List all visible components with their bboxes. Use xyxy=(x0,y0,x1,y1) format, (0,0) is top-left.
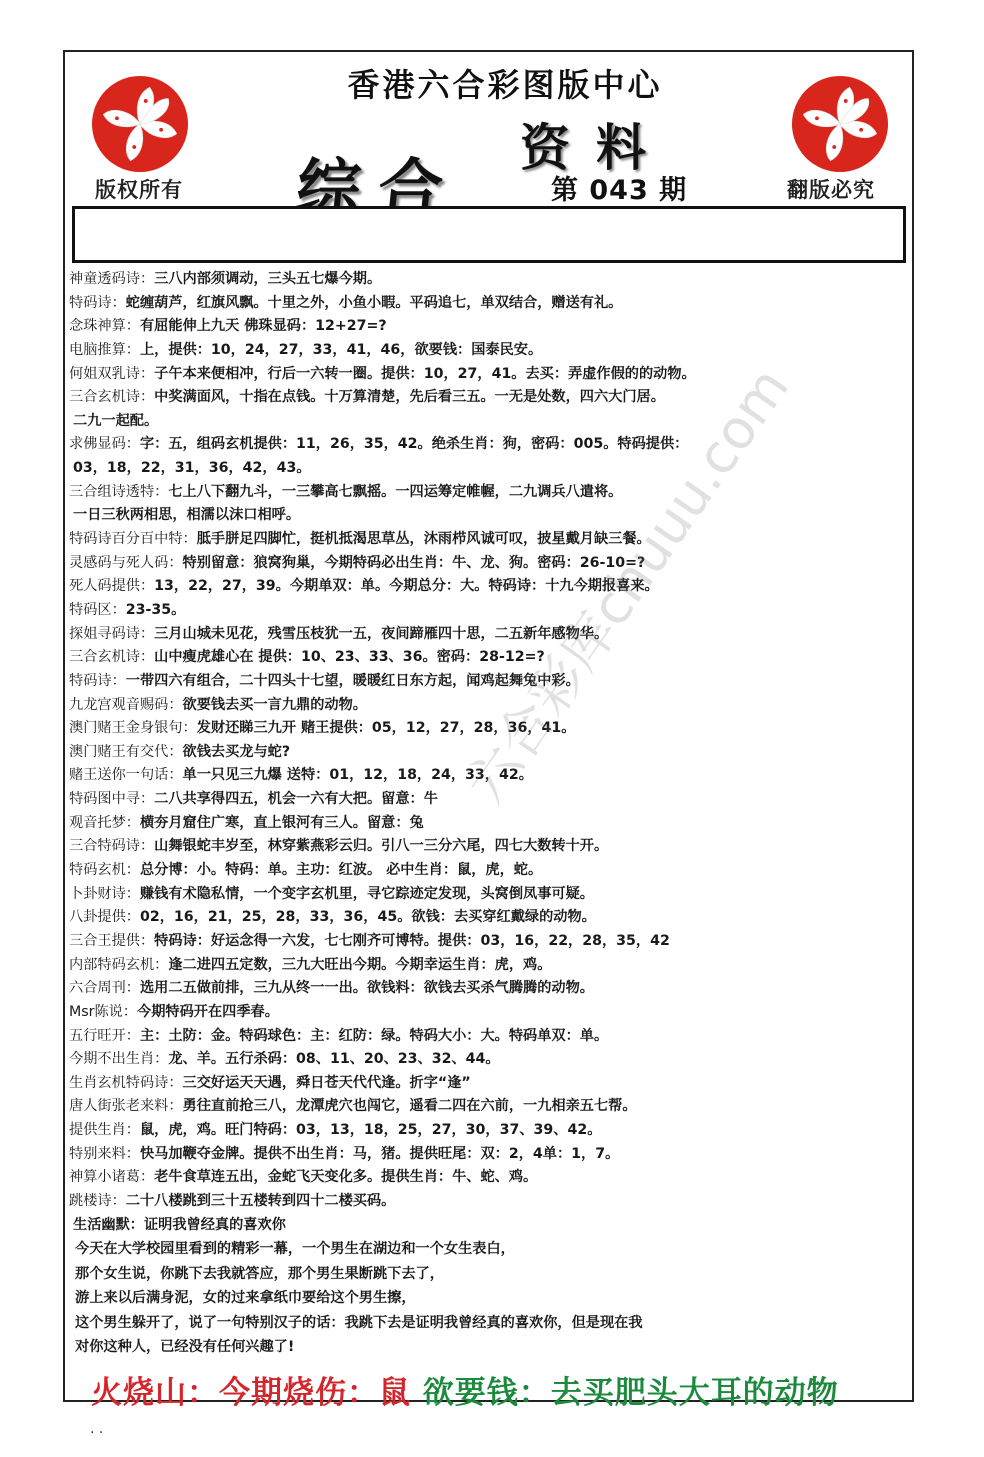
line-text: 三八内部须调动，三头五七爆今期。 xyxy=(154,271,381,287)
line-text: 二八共享得四五，机会一六有大把。留意：牛 xyxy=(154,791,438,807)
content-line: 二九一起配。 xyxy=(69,410,909,434)
line-text: 13，22，27，39。今期单双：单。今期总分：大。特码诗：十九今期报喜来。 xyxy=(154,578,659,594)
line-label: 探姐寻码诗： xyxy=(69,626,154,642)
document-frame: 香港六合彩图版中心 资料 综合 第 043 期 版权所有 翻版必究 神童透码诗：… xyxy=(63,50,914,1402)
line-text: 特码诗：好运念得一六发，七七刚齐可博特。提供：03，16，22，28，35，42 xyxy=(154,933,670,949)
line-text: 选用二五做前排，三九从终一一出。欲钱料：欲钱去买杀气腾腾的动物。 xyxy=(140,980,594,996)
line-label: 灵感码与死人码： xyxy=(69,555,183,571)
content-line: 三合组诗透特：七上八下翻九斗，一三攀高七飘摇。一四运筹定帷幄，二九调兵八遣将。 xyxy=(69,481,909,505)
content-line: 三合特码诗：山舞银蛇丰岁至，林穿紫燕彩云归。引八一三分六尾，四七大数转十开。 xyxy=(69,835,909,859)
bauhinia-flag-icon xyxy=(92,76,188,172)
copyright-label: 版权所有 xyxy=(95,174,183,204)
humor-title: 生活幽默：证明我曾经真的喜欢你 xyxy=(69,1214,909,1238)
line-text: 一日三秋两相思，相濡以沫口相呼。 xyxy=(73,507,300,523)
line-label: 三合玄机诗： xyxy=(69,649,154,665)
line-label: 念珠神算： xyxy=(69,318,140,334)
content-line: 电脑推算：上，提供：10，24，27，33，41，46，欲要钱：国泰民安。 xyxy=(69,339,909,363)
line-label: 三合玄机诗： xyxy=(69,389,154,405)
content-line: 赌王送你一句话：单一只见三九爆 送特：01，12，18，24，33，42。 xyxy=(69,764,909,788)
content-line: 三合玄机诗：山中瘦虎雄心在 提供：10、23、33、36。密码：28-12=? xyxy=(69,646,909,670)
line-label: 神算小诸葛： xyxy=(69,1169,154,1185)
line-label: 特码诗百分百中特： xyxy=(69,531,197,547)
piracy-warning-label: 翻版必究 xyxy=(787,174,875,204)
line-label: 三合特码诗： xyxy=(69,838,154,854)
content-line: 特码玄机：总分博：小。特码：单。主功：红波。 必中生肖：鼠，虎，蛇。 xyxy=(69,859,909,883)
line-text: 欲要钱去买一言九鼎的动物。 xyxy=(183,697,367,713)
content-line: 三合玄机诗：中奖满面风，十指在点钱。十万算清楚，先后看三五。一无是处数，四六大门… xyxy=(69,386,909,410)
line-label: 观音托梦： xyxy=(69,815,140,831)
content-lines: 神童透码诗：三八内部须调动，三头五七爆今期。特码诗：蛇缠葫芦，红旗风飘。十里之外… xyxy=(69,268,909,1360)
line-label: 三合组诗透特： xyxy=(69,484,168,500)
line-text: 总分博：小。特码：单。主功：红波。 必中生肖：鼠，虎，蛇。 xyxy=(140,862,542,878)
line-label: 特码诗： xyxy=(69,673,126,689)
bauhinia-flag-icon xyxy=(792,76,888,172)
line-label: 特码玄机： xyxy=(69,862,140,878)
line-text: 蛇缠葫芦，红旗风飘。十里之外，小鱼小暇。平码追七，单双结合，赠送有礼。 xyxy=(126,295,623,311)
content-line: 何姐双乳诗：子午本来便相冲，行后一六转一圈。提供：10，27，41。去买：弄虚作… xyxy=(69,363,909,387)
line-label: 唐人街张老来料： xyxy=(69,1098,183,1114)
content-line: 神算小诸葛：老牛食草连五出，金蛇飞天变化多。提供生肖：牛、蛇、鸡。 xyxy=(69,1166,909,1190)
content-line: 特码诗：一带四六有组合，二十四头十七望，暖暖红日东方起，闻鸡起舞兔中彩。 xyxy=(69,670,909,694)
line-label: 死人码提供： xyxy=(69,578,154,594)
line-text: 三交好运天天遇，舜日苍天代代逢。折字“逢” xyxy=(183,1075,471,1091)
line-text: 字：五，组码玄机提供：11，26，35，42。绝杀生肖：狗，密码：005。特码提… xyxy=(140,436,688,452)
content-line: 六合周刊：选用二五做前排，三九从终一一出。欲钱料：欲钱去买杀气腾腾的动物。 xyxy=(69,977,909,1001)
line-text: 主：土防：金。特码球色：主：红防：绿。特码大小：大。特码单双：单。 xyxy=(140,1028,608,1044)
content-line: 灵感码与死人码：特别留意：狼窝狗巢，今期特码必出生肖：牛、龙、狗。密码：26-1… xyxy=(69,552,909,576)
content-line: 特码诗百分百中特：胝手胼足四脚忙，挺机抵渴思草丛，沐雨栉风诚可叹，披星戴月缺三餐… xyxy=(69,528,909,552)
content-line: 死人码提供：13，22，27，39。今期单双：单。今期总分：大。特码诗：十九今期… xyxy=(69,575,909,599)
humor-paragraph: 对你这种人，已经没有任何兴趣了! xyxy=(69,1335,909,1360)
line-text: 特别留意：狼窝狗巢，今期特码必出生肖：牛、龙、狗。密码：26-10=? xyxy=(183,555,646,571)
line-text: 山舞银蛇丰岁至，林穿紫燕彩云归。引八一三分六尾，四七大数转十开。 xyxy=(154,838,608,854)
humor-paragraph: 这个男生躲开了，说了一句特别汉子的话：我跳下去是证明我曾经真的喜欢你，但是现在我 xyxy=(69,1311,909,1336)
content-line: 澳门赌王金身银句：发财还睇三九开 赌王提供：05，12，27，28，36，41。 xyxy=(69,717,909,741)
line-label: 提供生肖： xyxy=(69,1122,140,1138)
line-label: 澳门赌王金身银句： xyxy=(69,720,197,736)
line-text: 单一只见三九爆 送特：01，12，18，24，33，42。 xyxy=(183,767,533,783)
line-label: 六合周刊： xyxy=(69,980,140,996)
content-line: 跳楼诗：二十八楼跳到三十五楼转到四十二楼买码。 xyxy=(69,1190,909,1214)
line-text: 中奖满面风，十指在点钱。十万算清楚，先后看三五。一无是处数，四六大门居。 xyxy=(154,389,665,405)
line-text: 欲钱去买龙与蛇? xyxy=(183,744,291,760)
line-text: 老牛食草连五出，金蛇飞天变化多。提供生肖：牛、蛇、鸡。 xyxy=(154,1169,537,1185)
footer-dots: · · xyxy=(90,1425,103,1441)
content-line: 神童透码诗：三八内部须调动，三头五七爆今期。 xyxy=(69,268,909,292)
content-line: 澳门赌王有交代：欲钱去买龙与蛇? xyxy=(69,741,909,765)
content-line: 内部特码玄机：逢二进四五定数，三九大旺出今期。今期幸运生肖：虎，鸡。 xyxy=(69,954,909,978)
line-label: 特别来料： xyxy=(69,1146,140,1162)
content-line: 念珠神算：有屈能伸上九天 佛珠显码：12+27=? xyxy=(69,315,909,339)
line-text: 勇往直前抢三八，龙潭虎穴也闯它，遥看二四在六前，一九相亲五七帮。 xyxy=(183,1098,637,1114)
line-text: 03，18，22，31，36，42，43。 xyxy=(73,460,311,476)
line-label: 三合王提供： xyxy=(69,933,154,949)
line-text: 逢二进四五定数，三九大旺出今期。今期幸运生肖：虎，鸡。 xyxy=(168,957,551,973)
line-label: 生肖玄机特码诗： xyxy=(69,1075,183,1091)
line-text: 三月山城未见花，残雪压枝犹一五，夜间蹄雁四十思，二五新年感物华。 xyxy=(154,626,608,642)
line-text: 02，16，21，25，28，33，36，45。欲钱：去买穿红戴绿的动物。 xyxy=(140,909,596,925)
content-line: 三合王提供：特码诗：好运念得一六发，七七刚齐可博特。提供：03，16，22，28… xyxy=(69,930,909,954)
line-text: 赚钱有术隐私情，一个变字玄机里，寻它踪迹定发现，头窝倒凤事可疑。 xyxy=(140,886,594,902)
line-text: 二十八楼跳到三十五楼转到四十二楼买码。 xyxy=(126,1193,396,1209)
humor-paragraph: 那个女生说，你跳下去我就答应，那个男生果断跳下去了， xyxy=(69,1262,909,1287)
humor-paragraph: 游上来以后满身泥，女的过来拿纸巾要给这个男生擦， xyxy=(69,1286,909,1311)
line-text: 发财还睇三九开 赌王提供：05，12，27，28，36，41。 xyxy=(197,720,576,736)
line-label: 内部特码玄机： xyxy=(69,957,168,973)
content-line: 求佛显码：字：五，组码玄机提供：11，26，35，42。绝杀生肖：狗，密码：00… xyxy=(69,433,909,457)
content-line: 特码诗：蛇缠葫芦，红旗风飘。十里之外，小鱼小暇。平码追七，单双结合，赠送有礼。 xyxy=(69,292,909,316)
line-text: 今期特码开在四季春。 xyxy=(137,1004,279,1020)
content-line: 03，18，22，31，36，42，43。 xyxy=(69,457,909,481)
line-label: 求佛显码： xyxy=(69,436,140,452)
content-line: 探姐寻码诗：三月山城未见花，残雪压枝犹一五，夜间蹄雁四十思，二五新年感物华。 xyxy=(69,623,909,647)
humor-label: 生活幽默： xyxy=(73,1217,144,1233)
line-label: Msr陈说： xyxy=(69,1004,137,1020)
line-label: 跳楼诗： xyxy=(69,1193,126,1209)
content-line: 八卦提供：02，16，21，25，28，33，36，45。欲钱：去买穿红戴绿的动… xyxy=(69,906,909,930)
content-line: 一日三秋两相思，相濡以沫口相呼。 xyxy=(69,504,909,528)
bottom-banner: 火烧山：今期烧伤：鼠 欲要钱：去买肥头大耳的动物 xyxy=(91,1367,839,1412)
line-text: 快马加鞭夺金牌。提供不出生肖：马，猪。提供旺尾：双：2，4单：1，7。 xyxy=(140,1146,619,1162)
content-line: 生肖玄机特码诗：三交好运天天遇，舜日苍天代代逢。折字“逢” xyxy=(69,1072,909,1096)
line-label: 九龙宫观音赐码： xyxy=(69,697,183,713)
content-line: Msr陈说：今期特码开在四季春。 xyxy=(69,1001,909,1025)
issue-number: 第 043 期 xyxy=(551,168,687,207)
content-line: 九龙宫观音赐码：欲要钱去买一言九鼎的动物。 xyxy=(69,694,909,718)
line-text: 一带四六有组合，二十四头十七望，暖暖红日东方起，闻鸡起舞兔中彩。 xyxy=(126,673,580,689)
line-label: 特码区： xyxy=(69,602,126,618)
line-label: 五行旺开： xyxy=(69,1028,140,1044)
line-text: 子午本来便相冲，行后一六转一圈。提供：10，27，41。去买：弄虚作假的的动物。 xyxy=(154,366,696,382)
line-text: 龙、羊。五行杀码：08、11、20、23、32、44。 xyxy=(168,1051,499,1067)
line-label: 八卦提供： xyxy=(69,909,140,925)
line-label: 特码图中寻： xyxy=(69,791,154,807)
humor-paragraph: 今天在大学校园里看到的精彩一幕，一个男生在湖边和一个女生表白， xyxy=(69,1237,909,1262)
line-label: 卜卦财诗： xyxy=(69,886,140,902)
content-line: 卜卦财诗：赚钱有术隐私情，一个变字玄机里，寻它踪迹定发现，头窝倒凤事可疑。 xyxy=(69,883,909,907)
site-title: 香港六合彩图版中心 xyxy=(255,60,755,106)
line-text: 有屈能伸上九天 佛珠显码：12+27=? xyxy=(140,318,387,334)
banner-green-text: 欲要钱：去买肥头大耳的动物 xyxy=(423,1375,839,1411)
line-text: 七上八下翻九斗，一三攀高七飘摇。一四运筹定帷幄，二九调兵八遣将。 xyxy=(168,484,622,500)
content-line: 特别来料：快马加鞭夺金牌。提供不出生肖：马，猪。提供旺尾：双：2，4单：1，7。 xyxy=(69,1143,909,1167)
blank-banner-box xyxy=(72,206,906,263)
line-text: 山中瘦虎雄心在 提供：10、23、33、36。密码：28-12=? xyxy=(154,649,545,665)
content-line: 特码图中寻：二八共享得四五，机会一六有大把。留意：牛 xyxy=(69,788,909,812)
content-line: 今期不出生肖：龙、羊。五行杀码：08、11、20、23、32、44。 xyxy=(69,1048,909,1072)
content-line: 特码区：23-35。 xyxy=(69,599,909,623)
line-label: 电脑推算： xyxy=(69,342,140,358)
line-text: 横夯月窟住广寒，直上银河有三人。留意：兔 xyxy=(140,815,424,831)
line-label: 神童透码诗： xyxy=(69,271,154,287)
content-line: 提供生肖：鼠，虎，鸡。旺门特码：03，13，18，25，27，30，37、39、… xyxy=(69,1119,909,1143)
line-label: 特码诗： xyxy=(69,295,126,311)
line-label: 澳门赌王有交代： xyxy=(69,744,183,760)
line-label: 赌王送你一句话： xyxy=(69,767,183,783)
content-line: 五行旺开：主：土防：金。特码球色：主：红防：绿。特码大小：大。特码单双：单。 xyxy=(69,1025,909,1049)
line-label: 何姐双乳诗： xyxy=(69,366,154,382)
banner-red-text: 火烧山：今期烧伤：鼠 xyxy=(91,1375,411,1411)
line-text: 二九一起配。 xyxy=(73,413,158,429)
line-label: 今期不出生肖： xyxy=(69,1051,168,1067)
content-line: 唐人街张老来料：勇往直前抢三八，龙潭虎穴也闯它，遥看二四在六前，一九相亲五七帮。 xyxy=(69,1095,909,1119)
humor-title-text: 证明我曾经真的喜欢你 xyxy=(144,1217,286,1233)
content-line: 观音托梦：横夯月窟住广寒，直上银河有三人。留意：兔 xyxy=(69,812,909,836)
line-text: 23-35。 xyxy=(126,602,186,618)
line-text: 鼠，虎，鸡。旺门特码：03，13，18，25，27，30，37、39、42。 xyxy=(140,1122,601,1138)
line-text: 上，提供：10，24，27，33，41，46，欲要钱：国泰民安。 xyxy=(140,342,542,358)
line-text: 胝手胼足四脚忙，挺机抵渴思草丛，沐雨栉风诚可叹，披星戴月缺三餐。 xyxy=(197,531,651,547)
